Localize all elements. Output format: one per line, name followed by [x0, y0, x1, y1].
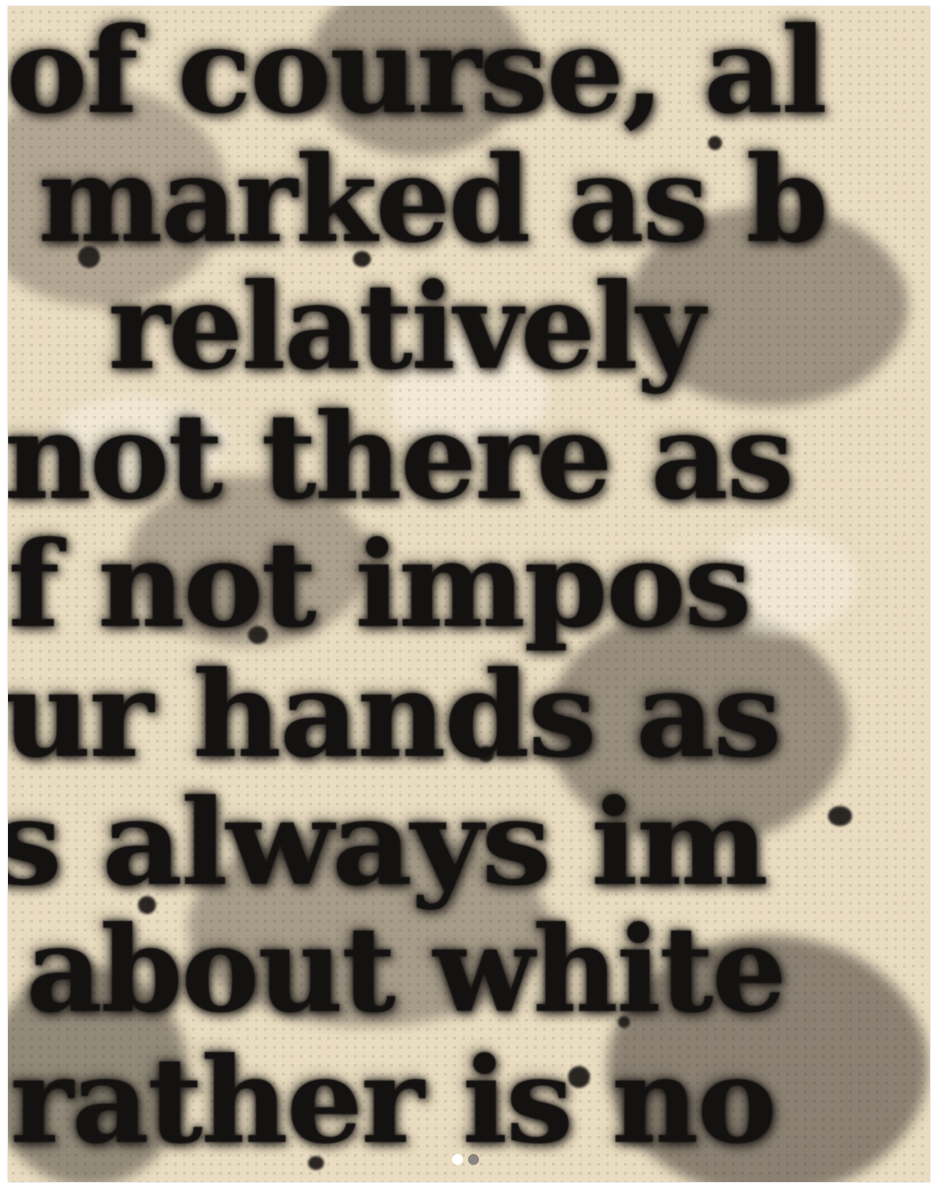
artwork-text-line: marked as b — [38, 141, 826, 259]
carousel-dot-1[interactable] — [452, 1154, 463, 1165]
carousel-dot-2[interactable] — [468, 1154, 479, 1165]
image-viewer: of course, al marked as b relatively not… — [0, 0, 942, 1194]
artwork-image[interactable]: of course, al marked as b relatively not… — [8, 6, 930, 1182]
artwork-text-line: about white — [26, 911, 785, 1029]
artwork-text-line: relatively — [108, 268, 703, 386]
speck — [828, 806, 852, 826]
artwork-text-line: of course, al — [8, 12, 826, 130]
artwork-text-line: s always im — [8, 784, 766, 902]
artwork-text-line: f not impos — [8, 526, 750, 644]
artwork-text-line: not there as — [8, 398, 792, 516]
artwork-text-line: ur hands as — [8, 656, 780, 774]
carousel-pagination — [452, 1154, 479, 1165]
artwork-text-line: rather is no — [10, 1042, 775, 1160]
